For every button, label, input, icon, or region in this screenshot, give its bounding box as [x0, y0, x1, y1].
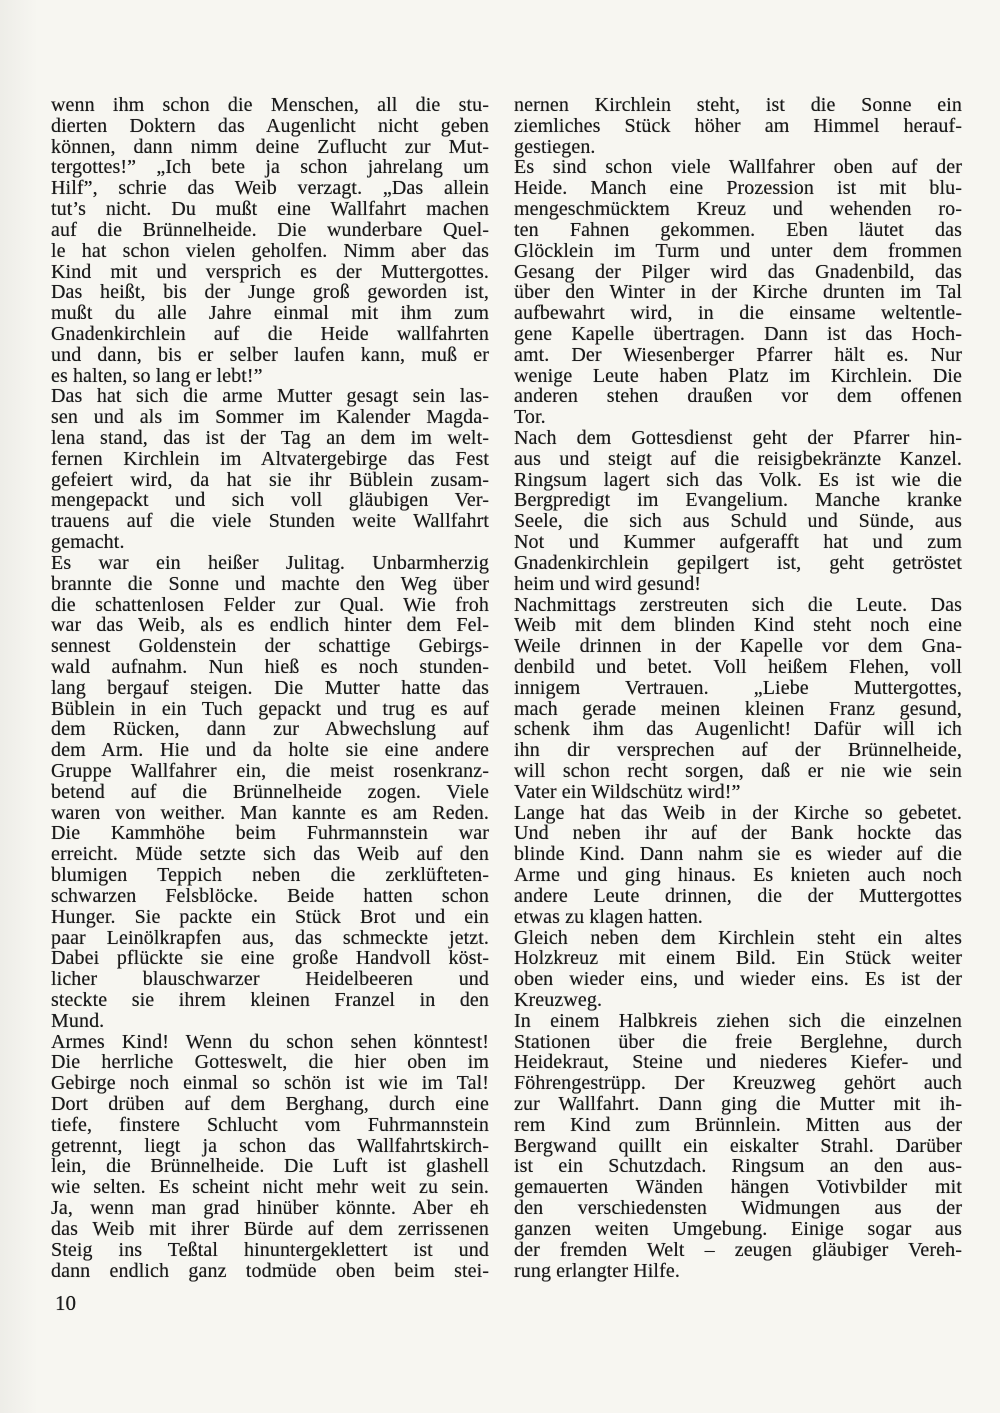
text-line: Glöcklein im Turm und unter dem frommen	[514, 241, 962, 262]
text-line: die schattenlosen Felder zur Qual. Wie f…	[51, 595, 489, 616]
text-line: gemacht.	[51, 532, 489, 553]
text-line: aufbewahrt wird, in die einsame weltentl…	[514, 303, 962, 324]
text-line: sen und als im Sommer im Kalender Magda-	[51, 407, 489, 428]
text-line: amt. Der Wiesenberger Pfarrer hält es. N…	[514, 345, 962, 366]
text-column-right: nernen Kirchlein steht, ist die Sonne ei…	[514, 95, 962, 1281]
text-line: Bergwand quillt ein eiskalter Strahl. Da…	[514, 1136, 962, 1157]
text-line: blumigen Teppich neben die zerklüfteten-	[51, 865, 489, 886]
text-line: lein, die Brünnelheide. Die Luft ist gla…	[51, 1156, 489, 1177]
text-line: Es sind schon viele Wallfahrer oben auf …	[514, 157, 962, 178]
text-line: Kreuzweg.	[514, 990, 962, 1011]
text-line: brannte die Sonne und machte den Weg übe…	[51, 574, 489, 595]
text-line: zur Wallfahrt. Dann ging die Mutter mit …	[514, 1094, 962, 1115]
text-line: oben wieder eins, und wieder eins. Es is…	[514, 969, 962, 990]
text-line: fernen Kirchlein im Altvatergebirge das …	[51, 449, 489, 470]
text-line: war das Weib, als es endlich hinter dem …	[51, 615, 489, 636]
text-line: wald aufnahm. Nun hieß es noch stunden-	[51, 657, 489, 678]
text-line: heim und wird gesund!	[514, 574, 962, 595]
text-line: trauens auf die viele Stunden weite Wall…	[51, 511, 489, 532]
text-line: Mund.	[51, 1011, 489, 1032]
text-line: Stationen über die freie Berglehne, durc…	[514, 1032, 962, 1053]
text-line: Hunger. Sie packte ein Stück Brot und ei…	[51, 907, 489, 928]
text-line: Gnadenkirchlein gepilgert ist, geht getr…	[514, 553, 962, 574]
text-line: über den Winter in der Kirche drunten im…	[514, 282, 962, 303]
text-line: Bergpredigt im Evangelium. Manche kranke	[514, 490, 962, 511]
text-line: Arme und ging hinaus. Es knieten auch no…	[514, 865, 962, 886]
text-line: mußt du alle Jahre einmal mit ihm zum	[51, 303, 489, 324]
page-number: 10	[55, 1291, 76, 1315]
text-line: Dort drüben auf dem Berghang, durch eine	[51, 1094, 489, 1115]
text-line: tiefe, finstere Schlucht vom Fuhrmannste…	[51, 1115, 489, 1136]
text-line: und dann, bis er selber laufen kann, muß…	[51, 345, 489, 366]
text-line: lena stand, das ist der Tag an dem im we…	[51, 428, 489, 449]
text-line: Die herrliche Gotteswelt, die hier oben …	[51, 1052, 489, 1073]
text-line: dem Arm. Hie und da holte sie eine ander…	[51, 740, 489, 761]
book-page: wenn ihm schon die Menschen, all die stu…	[0, 0, 1000, 1413]
text-column-left: wenn ihm schon die Menschen, all die stu…	[51, 95, 489, 1281]
text-line: tut’s nicht. Du mußt eine Wallfahrt mach…	[51, 199, 489, 220]
text-line: Gesang der Pilger wird das Gnadenbild, d…	[514, 262, 962, 283]
text-line: ziemliches Stück höher am Himmel herauf-	[514, 116, 962, 137]
text-line: Ja, wenn man grad hinüber könnte. Aber e…	[51, 1198, 489, 1219]
text-line: Holzkreuz mit einem Bild. Ein Stück weit…	[514, 948, 962, 969]
text-line: In einem Halbkreis ziehen sich die einze…	[514, 1011, 962, 1032]
text-line: Steig ins Teßtal hinuntergeklettert ist …	[51, 1240, 489, 1261]
text-line: sennest Goldenstein der schattige Gebirg…	[51, 636, 489, 657]
text-line: Und neben ihr auf der Bank hockte das	[514, 823, 962, 844]
text-line: schenk ihm das Augenlicht! Dafür will ic…	[514, 719, 962, 740]
text-line: will schon recht sorgen, daß er nie wie …	[514, 761, 962, 782]
text-line: Die Kammhöhe beim Fuhrmannstein war	[51, 823, 489, 844]
text-line: Das hat sich die arme Mutter gesagt sein…	[51, 386, 489, 407]
text-line: schwarzen Felsblöcke. Beide hatten schon	[51, 886, 489, 907]
text-line: Not und Kummer aufgerafft hat und zum	[514, 532, 962, 553]
text-line: betend auf die Brünnelheide zogen. Viele	[51, 782, 489, 803]
text-line: rem Kind zum Brünnlein. Mitten aus der	[514, 1115, 962, 1136]
text-line: Armes Kind! Wenn du schon sehen könntest…	[51, 1032, 489, 1053]
text-line: können, dann nimm deine Zuflucht zur Mut…	[51, 137, 489, 158]
text-line: Ringsum lagert sich das Volk. Es ist wie…	[514, 470, 962, 491]
text-line: licher blauschwarzer Heidelbeeren und	[51, 969, 489, 990]
text-line: erreicht. Müde setzte sich das Weib auf …	[51, 844, 489, 865]
text-line: Seele, die sich aus Schuld und Sünde, au…	[514, 511, 962, 532]
text-line: ten Fahnen gekommen. Eben läutet das	[514, 220, 962, 241]
text-line: Nachmittags zerstreuten sich die Leute. …	[514, 595, 962, 616]
text-line: Kind mit und versprich es der Muttergott…	[51, 262, 489, 283]
text-line: Vater ein Wildschütz wird!”	[514, 782, 962, 803]
text-line: gene Kapelle übertragen. Dann ist das Ho…	[514, 324, 962, 345]
text-line: dann endlich ganz todmüde oben beim stei…	[51, 1261, 489, 1282]
text-line: steckte sie ihrem kleinen Franzel in den	[51, 990, 489, 1011]
text-line: Dabei pflückte sie eine große Handvoll k…	[51, 948, 489, 969]
text-line: ganzen weiten Umgebung. Einige sogar aus	[514, 1219, 962, 1240]
text-line: anderen stehen draußen vor dem offenen	[514, 386, 962, 407]
text-line: ist ein Schutzdach. Ringsum an den aus-	[514, 1156, 962, 1177]
text-line: gefeiert wird, da hat sie ihr Büblein zu…	[51, 470, 489, 491]
text-line: wenige Leute haben Platz im Kirchlein. D…	[514, 366, 962, 387]
text-line: wie selten. Es scheint nicht mehr weit z…	[51, 1177, 489, 1198]
text-line: Föhrengestrüpp. Der Kreuzweg gehört auch	[514, 1073, 962, 1094]
text-line: waren von weither. Man kannte es am Rede…	[51, 803, 489, 824]
text-line: Lange hat das Weib in der Kirche so gebe…	[514, 803, 962, 824]
text-line: Nach dem Gottesdienst geht der Pfarrer h…	[514, 428, 962, 449]
text-line: Das heißt, bis der Junge groß geworden i…	[51, 282, 489, 303]
text-line: tergottes!” „Ich bete ja schon jahrelang…	[51, 157, 489, 178]
text-line: mach gerade meinen kleinen Franz gesund,	[514, 699, 962, 720]
text-line: le hat schon vielen geholfen. Nimm aber …	[51, 241, 489, 262]
text-line: Gnadenkirchlein auf die Heide wallfahrte…	[51, 324, 489, 345]
text-line: etwas zu klagen hatten.	[514, 907, 962, 928]
text-line: gemauerten Wänden hängen Votivbilder mit	[514, 1177, 962, 1198]
text-line: aus und steigt auf die reisigbekränzte K…	[514, 449, 962, 470]
text-line: paar Leinölkrapfen aus, das schmeckte je…	[51, 928, 489, 949]
text-line: wenn ihm schon die Menschen, all die stu…	[51, 95, 489, 116]
text-line: mengeschmücktem Kreuz und wehenden ro-	[514, 199, 962, 220]
text-line: ihn dir versprechen auf der Brünnelheide…	[514, 740, 962, 761]
text-line: Tor.	[514, 407, 962, 428]
text-line: nernen Kirchlein steht, ist die Sonne ei…	[514, 95, 962, 116]
text-line: andere Leute drinnen, die der Muttergott…	[514, 886, 962, 907]
text-line: Gleich neben dem Kirchlein steht ein alt…	[514, 928, 962, 949]
text-line: rung erlangter Hilfe.	[514, 1261, 962, 1282]
text-line: Heide. Manch eine Prozession ist mit blu…	[514, 178, 962, 199]
text-line: Es war ein heißer Julitag. Unbarmherzig	[51, 553, 489, 574]
text-line: das Weib mit ihrer Bürde auf dem zerriss…	[51, 1219, 489, 1240]
text-line: auf die Brünnelheide. Die wunderbare Que…	[51, 220, 489, 241]
text-line: mengepackt und sich voll gläubigen Ver-	[51, 490, 489, 511]
text-line: denbild und betet. Voll heißem Flehen, v…	[514, 657, 962, 678]
text-line: innigem Vertrauen. „Liebe Muttergottes,	[514, 678, 962, 699]
text-line: blinde Kind. Dann nahm sie es wieder auf…	[514, 844, 962, 865]
text-line: gestiegen.	[514, 137, 962, 158]
text-line: Weile drinnen in der Kapelle vor dem Gna…	[514, 636, 962, 657]
text-line: Heidekraut, Steine und niederes Kiefer- …	[514, 1052, 962, 1073]
text-line: der fremden Welt – zeugen gläubiger Vere…	[514, 1240, 962, 1261]
text-line: Weib mit dem blinden Kind steht noch ein…	[514, 615, 962, 636]
text-line: dem Rücken, dann zur Abwechslung auf	[51, 719, 489, 740]
text-line: dierten Doktern das Augenlicht nicht geb…	[51, 116, 489, 137]
text-line: den verschiedensten Widmungen aus der	[514, 1198, 962, 1219]
text-line: Gruppe Wallfahrer ein, die meist rosenkr…	[51, 761, 489, 782]
text-line: Hilf”, schrie das Weib verzagt. „Das all…	[51, 178, 489, 199]
text-line: es halten, so lang er lebt!”	[51, 366, 489, 387]
text-line: lang bergauf steigen. Die Mutter hatte d…	[51, 678, 489, 699]
text-line: Gebirge noch einmal so schön ist wie im …	[51, 1073, 489, 1094]
text-line: Büblein in ein Tuch gepackt und trug es …	[51, 699, 489, 720]
text-line: getrennt, liegt ja schon das Wallfahrtsk…	[51, 1136, 489, 1157]
